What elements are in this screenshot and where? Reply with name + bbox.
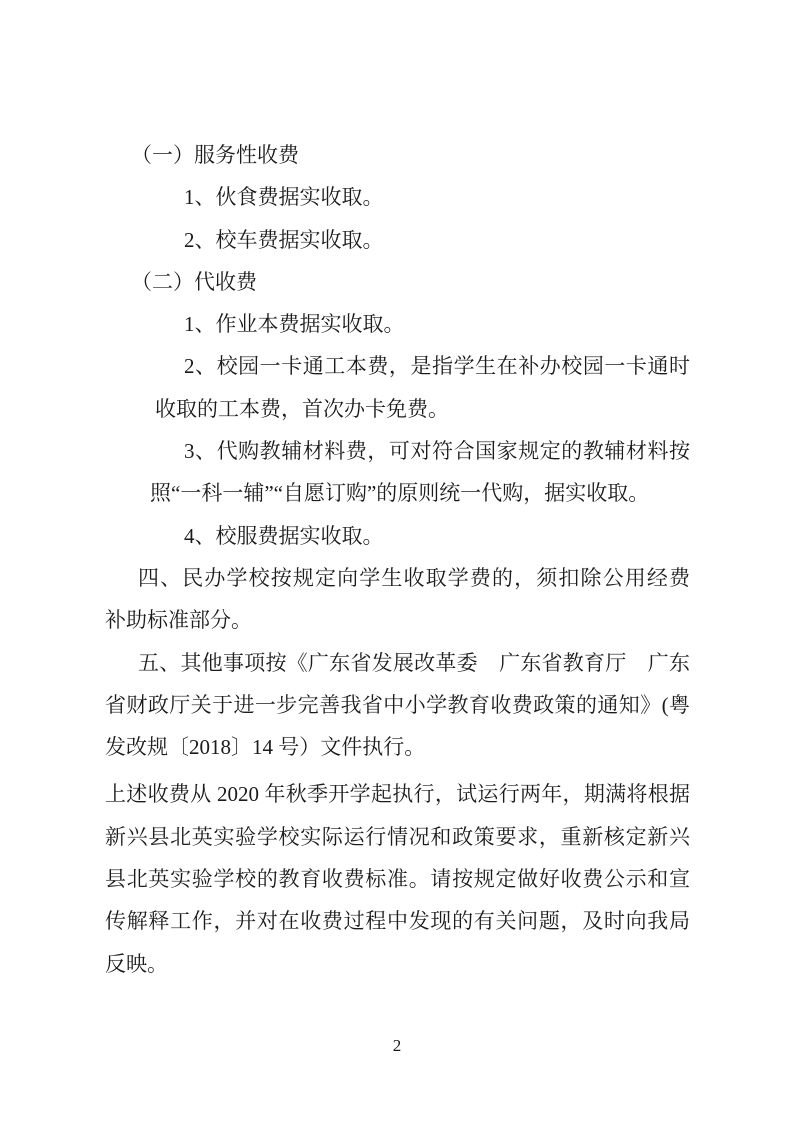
doc-line-item: 1、伙食费据实收取。 — [105, 176, 690, 218]
document-body: （一）服务性收费 1、伙食费据实收取。 2、校车费据实收取。 （二）代收费 1、… — [105, 134, 690, 985]
doc-line-paragraph: 五、其他事项按《广东省发展改革委 广东省教育厅 广东 — [105, 642, 690, 684]
doc-line-item: 4、校服费据实收取。 — [105, 515, 690, 557]
doc-line-item: 1、作业本费据实收取。 — [105, 303, 690, 345]
doc-line-closing: 县北英实验学校的教育收费标准。请按规定做好收费公示和宣 — [105, 858, 690, 900]
document-page: （一）服务性收费 1、伙食费据实收取。 2、校车费据实收取。 （二）代收费 1、… — [0, 0, 794, 1123]
doc-line-item: 3、代购教辅材料费，可对符合国家规定的教辅材料按 — [105, 430, 690, 472]
doc-line-heading-1: （一）服务性收费 — [105, 134, 690, 176]
doc-line-closing: 新兴县北英实验学校实际运行情况和政策要求，重新核定新兴 — [105, 816, 690, 858]
doc-line-closing: 传解释工作，并对在收费过程中发现的有关问题，及时向我局 — [105, 900, 690, 942]
doc-line-heading-2: （二）代收费 — [105, 261, 690, 303]
doc-line-paragraph-wrap: 发改规〔2018〕14 号）文件执行。 — [105, 726, 690, 768]
doc-line-item: 2、校车费据实收取。 — [105, 219, 690, 261]
doc-line-paragraph-wrap: 补助标准部分。 — [105, 599, 690, 641]
doc-line-paragraph: 四、民办学校按规定向学生收取学费的，须扣除公用经费 — [105, 557, 690, 599]
doc-line-item: 2、校园一卡通工本费，是指学生在补办校园一卡通时 — [105, 345, 690, 387]
doc-line-closing: 反映。 — [105, 943, 690, 985]
doc-line-paragraph-wrap: 省财政厅关于进一步完善我省中小学教育收费政策的通知》(粤 — [105, 684, 690, 726]
doc-line-closing: 上述收费从 2020 年秋季开学起执行，试运行两年，期满将根据 — [105, 773, 690, 815]
doc-line-item-wrap: 照“一科一辅”“自愿订购”的原则统一代购，据实收取。 — [105, 472, 690, 514]
page-number: 2 — [0, 1036, 794, 1056]
doc-line-item-wrap: 收取的工本费，首次办卡免费。 — [105, 388, 690, 430]
